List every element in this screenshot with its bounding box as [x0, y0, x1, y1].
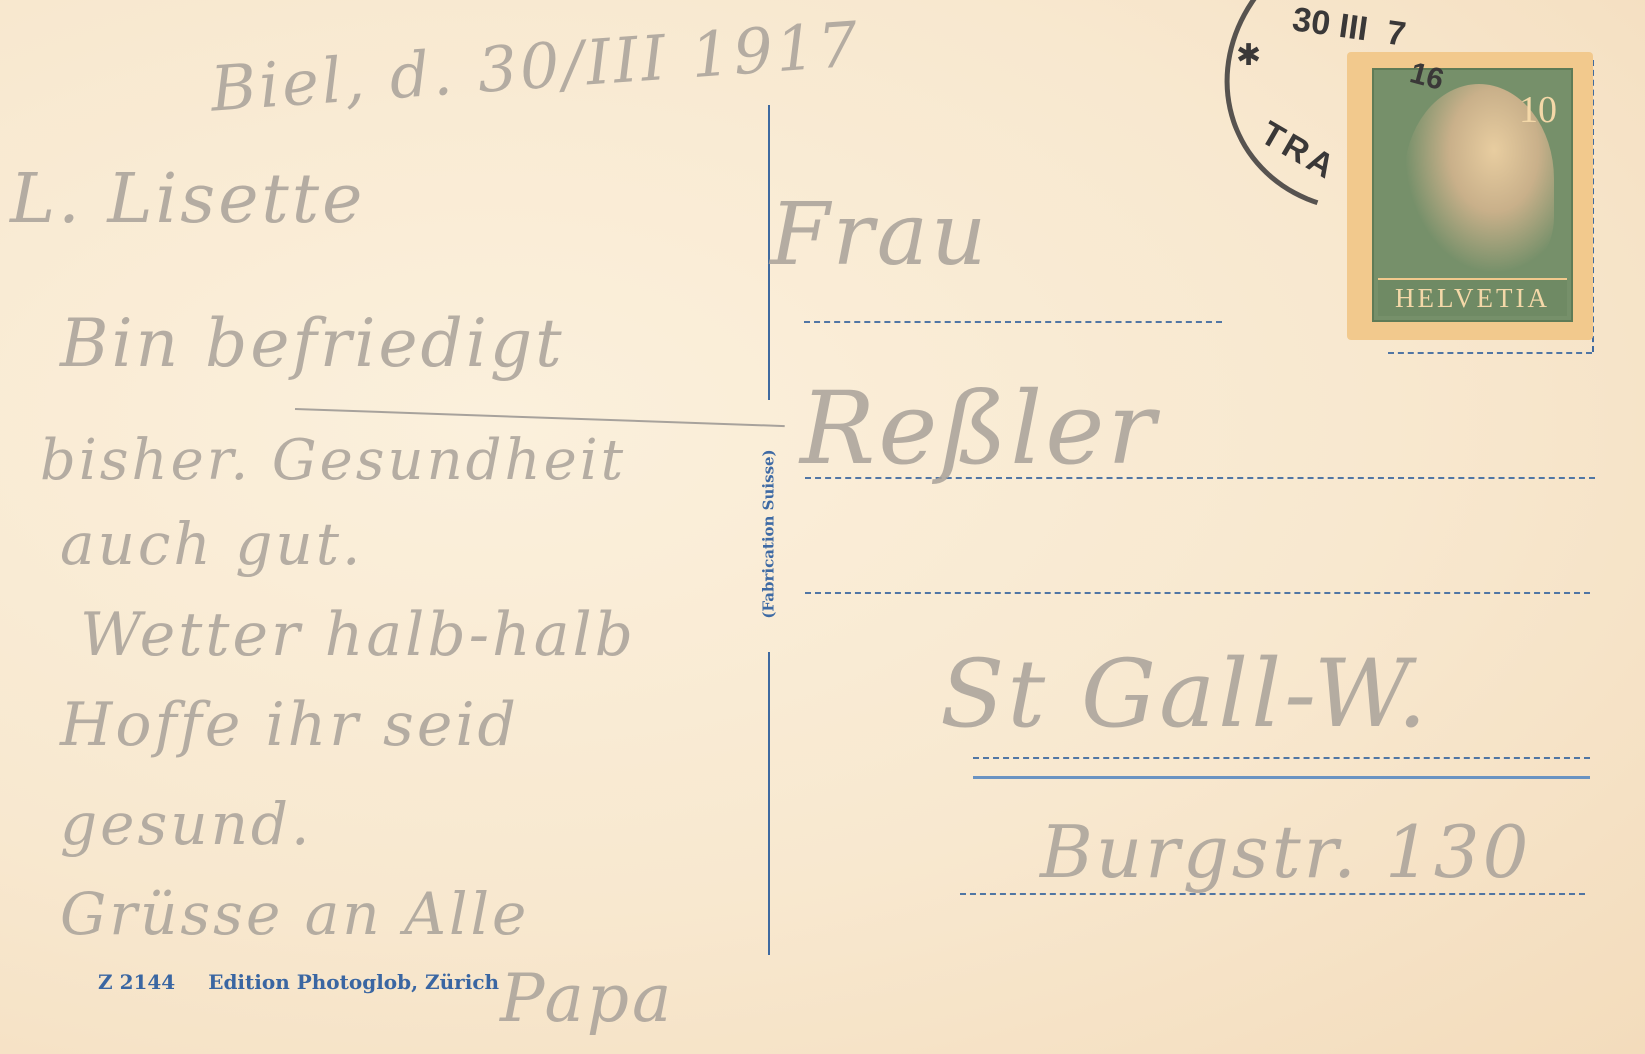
message-line: Bin befriedigt — [60, 305, 565, 382]
message-line: Wetter halb-halb — [80, 600, 636, 670]
stamp-country-band: HELVETIA — [1378, 278, 1567, 316]
postmark-star-icon: ✱ — [1236, 38, 1261, 73]
message-line: gesund. — [60, 790, 313, 858]
publisher-name: Edition Photoglob, Zürich — [208, 970, 499, 994]
address-name: Reßler — [800, 370, 1158, 487]
stamp-country: HELVETIA — [1395, 283, 1550, 314]
postcard-back: Biel, d. 30/III 1917 L. Lisette Bin befr… — [0, 0, 1645, 1054]
message-line: Hoffe ihr seid — [60, 690, 519, 760]
message-line: bisher. Gesundheit — [40, 428, 626, 493]
message-line: auch gut. — [60, 510, 363, 578]
message-line-salutation: L. Lisette — [10, 160, 365, 239]
address-salutation: Frau — [770, 185, 989, 285]
address-city: St Gall-W. — [940, 640, 1430, 749]
publisher-imprint: Z 2144 Edition Photoglob, Zürich — [98, 970, 499, 994]
card-number: Z 2144 — [98, 970, 175, 994]
address-line-3 — [805, 592, 1590, 594]
message-signature: Papa — [500, 960, 674, 1037]
message-line: Grüsse an Alle — [60, 880, 529, 948]
stamp-box-bottom — [1388, 352, 1592, 354]
divider-label: (Fabrication Suisse) — [756, 428, 782, 640]
address-street: Burgstr. 130 — [1040, 810, 1531, 894]
address-line-1 — [804, 321, 1222, 323]
message-dateline: Biel, d. 30/III 1917 — [208, 7, 863, 125]
address-underline — [973, 776, 1590, 779]
address-line-4 — [973, 757, 1590, 759]
pencil-underline — [295, 408, 785, 427]
center-divider-bottom — [768, 652, 770, 955]
